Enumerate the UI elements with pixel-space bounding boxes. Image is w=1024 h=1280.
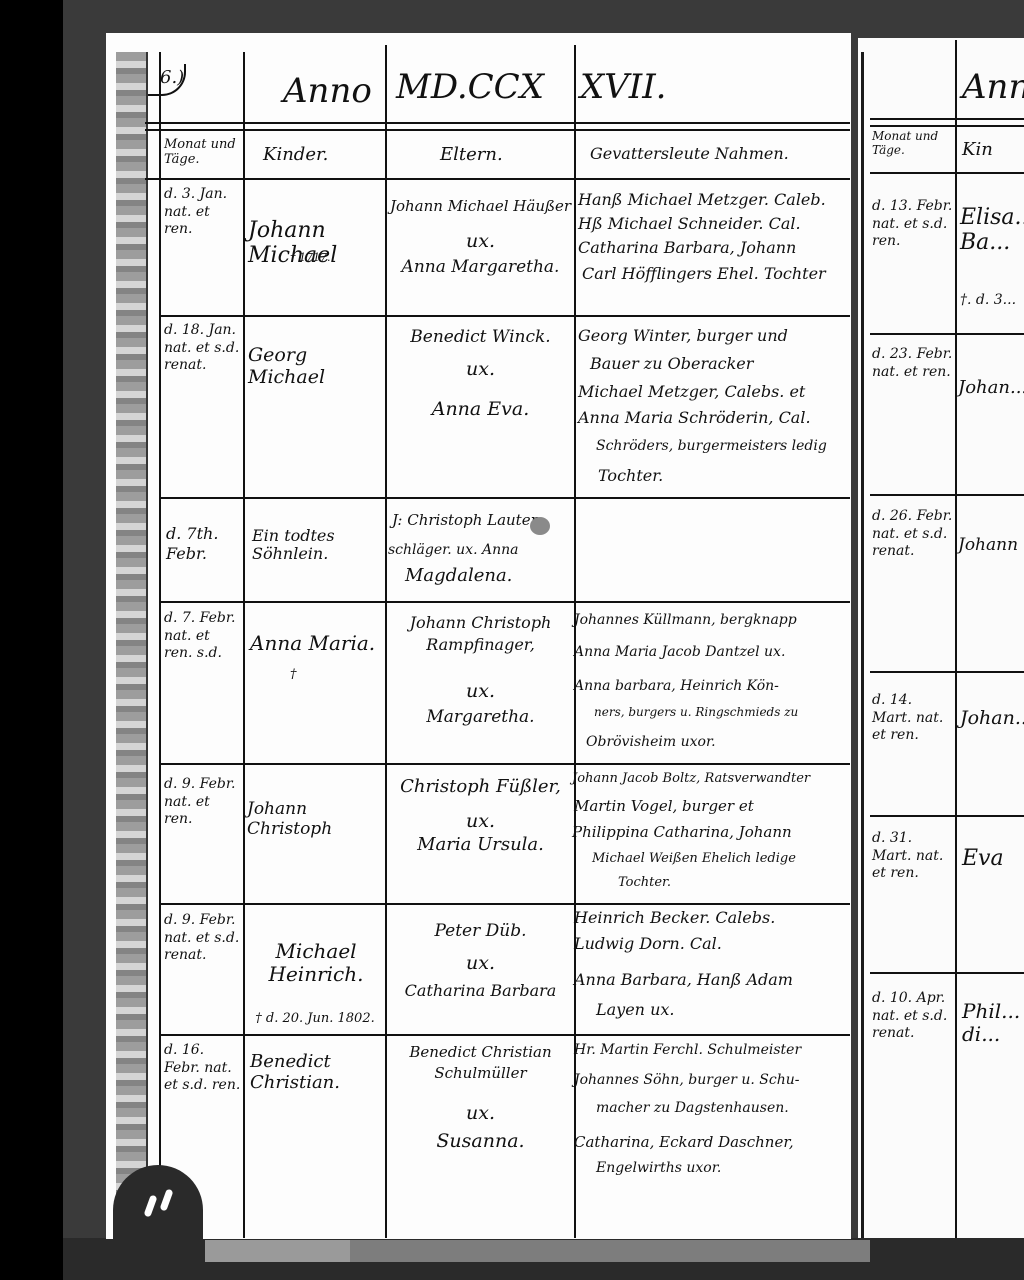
entry-date: d. 7. Febr. nat. et ren. s.d. [164,610,242,663]
tab-mark [159,1188,173,1211]
title-anno: Anno [283,72,372,111]
entry-godparent: Hß Michael Schneider. Cal. [578,212,848,235]
entry-mother: Catharina Barbara [388,980,573,1002]
row-rule [160,903,850,905]
entry-godparent: Martin Vogel, burger et [574,796,850,818]
page-edge-strip [350,1240,870,1262]
column-rule [159,52,161,1238]
entry-godparent: Hanß Michael Metzger. Caleb. [578,188,848,211]
page-number: 6.) [160,68,184,89]
entry-ux: ux. [388,808,573,835]
entry-godparent: Carl Höfflingers Ehel. Tochter [582,262,852,285]
entry-child-name: Ein todtes Söhnlein. [252,527,382,564]
right-entry-child-fragment: Elisa... Ba... [960,205,1024,256]
page-edge-strip [205,1240,355,1262]
column-header-date: Monat und Täge. [164,138,242,168]
ink-blot [530,517,550,535]
row-rule [160,497,850,499]
right-entry-date: d. 26. Febr. nat. et s.d. renat. [872,508,954,561]
entry-child-note: † d. 20. Jun. 1802. [246,1012,384,1027]
entry-godparent: Hr. Martin Ferchl. Schulmeister [574,1040,854,1060]
entry-date: d. 18. Jan. nat. et s.d. renat. [164,322,242,375]
right-entry-child-fragment: Johann [958,536,1024,556]
column-rule [243,52,245,1238]
right-entry-date: d. 14. Mart. nat. et ren. [872,692,954,745]
right-column-header-child: Kin [962,140,993,161]
column-header-godparents: Gevattersleute Nahmen. [590,145,789,163]
right-title-fragment: Ann [962,68,1024,107]
entry-mother: Margaretha. [388,706,573,730]
title-year-part1: MD.CCX [396,68,544,107]
right-entry-child-fragment: Johan... [960,708,1024,730]
entry-godparent: Anna barbara, Heinrich Kön- [574,676,850,696]
entry-godparent: Anna Barbara, Hanß Adam [574,968,850,991]
right-entry-note-fragment: †. d. 3... [960,292,1016,308]
column-header-child: Kinder. [263,145,328,166]
column-header-parents: Eltern. [440,145,503,166]
entry-father: Christoph Füßler, [388,774,573,799]
right-entry-child-fragment: Johan... [958,378,1024,399]
entry-child-note: † 1717. [290,252,331,265]
entry-godparent: Anna Maria Jacob Dantzel ux. [574,642,850,662]
row-rule [870,671,1024,673]
entry-godparent: Catharina, Eckard Daschner, [574,1132,854,1154]
right-entry-date: d. 23. Febr. nat. et ren. [872,346,954,381]
entry-mother: Anna Eva. [388,396,573,423]
entry-godparent: Tochter. [618,874,838,893]
row-rule [160,1034,850,1036]
entry-mother: Anna Margaretha. [388,256,573,280]
entry-child-name: Georg Michael [248,345,384,389]
row-rule [160,315,850,317]
entry-godparent: Anna Maria Schröderin, Cal. [578,406,848,429]
entry-godparent: Bauer zu Oberacker [590,352,850,375]
entry-child-name: Johann Christoph [247,800,385,839]
right-entry-child-fragment: Eva [962,846,1024,871]
title-year-part2: XVII. [580,68,666,107]
entry-godparent: Engelwirths uxor. [596,1158,852,1178]
entry-godparent: Tochter. [598,464,848,487]
entry-date: d. 3. Jan. nat. et ren. [164,186,242,239]
entry-ux: ux. [388,950,573,977]
page-gutter [861,52,864,1238]
entry-godparent: Ludwig Dorn. Cal. [574,932,850,955]
column-rule [385,45,387,1238]
entry-child-note: † [290,668,297,683]
entry-child-name: Anna Maria. [250,632,384,655]
row-rule [160,601,850,603]
right-column-header-date: Monat und Täge. [872,130,954,158]
entry-godparent: macher zu Dagstenhausen. [596,1098,852,1118]
entry-mother: Maria Ursula. [388,832,573,857]
entry-ux: ux. [388,228,573,255]
entry-godparent: Obrövisheim uxor. [586,732,842,752]
entry-ux: ux. [388,1100,573,1127]
row-rule [870,494,1024,496]
row-rule [870,972,1024,974]
row-rule [145,178,850,180]
header-rule [870,118,1024,120]
entry-father: Johann Christoph Rampfinager, [388,612,573,657]
entry-godparent: Michael Metzger, Calebs. et [578,380,848,403]
entry-ux: schläger. ux. Anna [388,542,573,558]
entry-father: Peter Düb. [388,920,573,944]
entry-godparent: ners, burgers u. Ringschmieds zu [594,704,850,721]
row-rule [870,172,1024,174]
right-entry-child-fragment: Phil... di... [962,1000,1024,1046]
entry-child-name: Michael Heinrich. [250,940,382,986]
header-rule [870,125,1024,127]
row-rule [870,815,1024,817]
row-rule [160,763,850,765]
entry-godparent: Heinrich Becker. Calebs. [574,906,850,929]
entry-father: Benedict Winck. [388,326,573,350]
entry-godparent: Johannes Küllmann, bergknapp [574,610,850,630]
header-rule [145,129,850,131]
row-rule [870,333,1024,335]
entry-godparent: Johannes Söhn, burger u. Schu- [574,1070,854,1090]
entry-godparent: Layen ux. [596,998,846,1021]
entry-godparent: Georg Winter, burger und [578,324,848,347]
entry-ux: ux. [388,678,573,705]
page-binding-edge [116,52,148,1238]
entry-date: d. 16. Febr. nat. et s.d. ren. [164,1042,242,1095]
entry-child-name: Benedict Christian. [250,1052,382,1093]
entry-godparent: Philippina Catharina, Johann [572,822,850,844]
entry-godparent: Michael Weißen Ehelich ledige [592,850,850,869]
tab-mark [143,1194,157,1217]
entry-godparent: Johann Jacob Boltz, Ratsverwandter [572,770,852,789]
entry-date: d. 9. Febr. nat. et ren. [164,776,242,829]
right-entry-date: d. 31. Mart. nat. et ren. [872,830,954,883]
right-entry-date: d. 10. Apr. nat. et s.d. renat. [872,990,954,1043]
entry-date: d. 9. Febr. nat. et s.d. renat. [164,912,242,965]
entry-mother: Susanna. [388,1128,573,1155]
entry-date: d. 7th. Febr. [166,524,242,564]
entry-godparent: Schröders, burgermeisters ledig [596,436,851,456]
entry-father: Benedict Christian Schulmüller [388,1042,573,1084]
entry-ux: ux. [388,356,573,383]
column-rule [955,40,957,1238]
right-entry-date: d. 13. Febr. nat. et s.d. ren. [872,198,954,251]
entry-godparent: Catharina Barbara, Johann [578,236,848,259]
header-rule [145,122,850,124]
entry-father: Johann Michael Häußer [388,196,573,217]
entry-mother: Magdalena. [405,566,570,587]
